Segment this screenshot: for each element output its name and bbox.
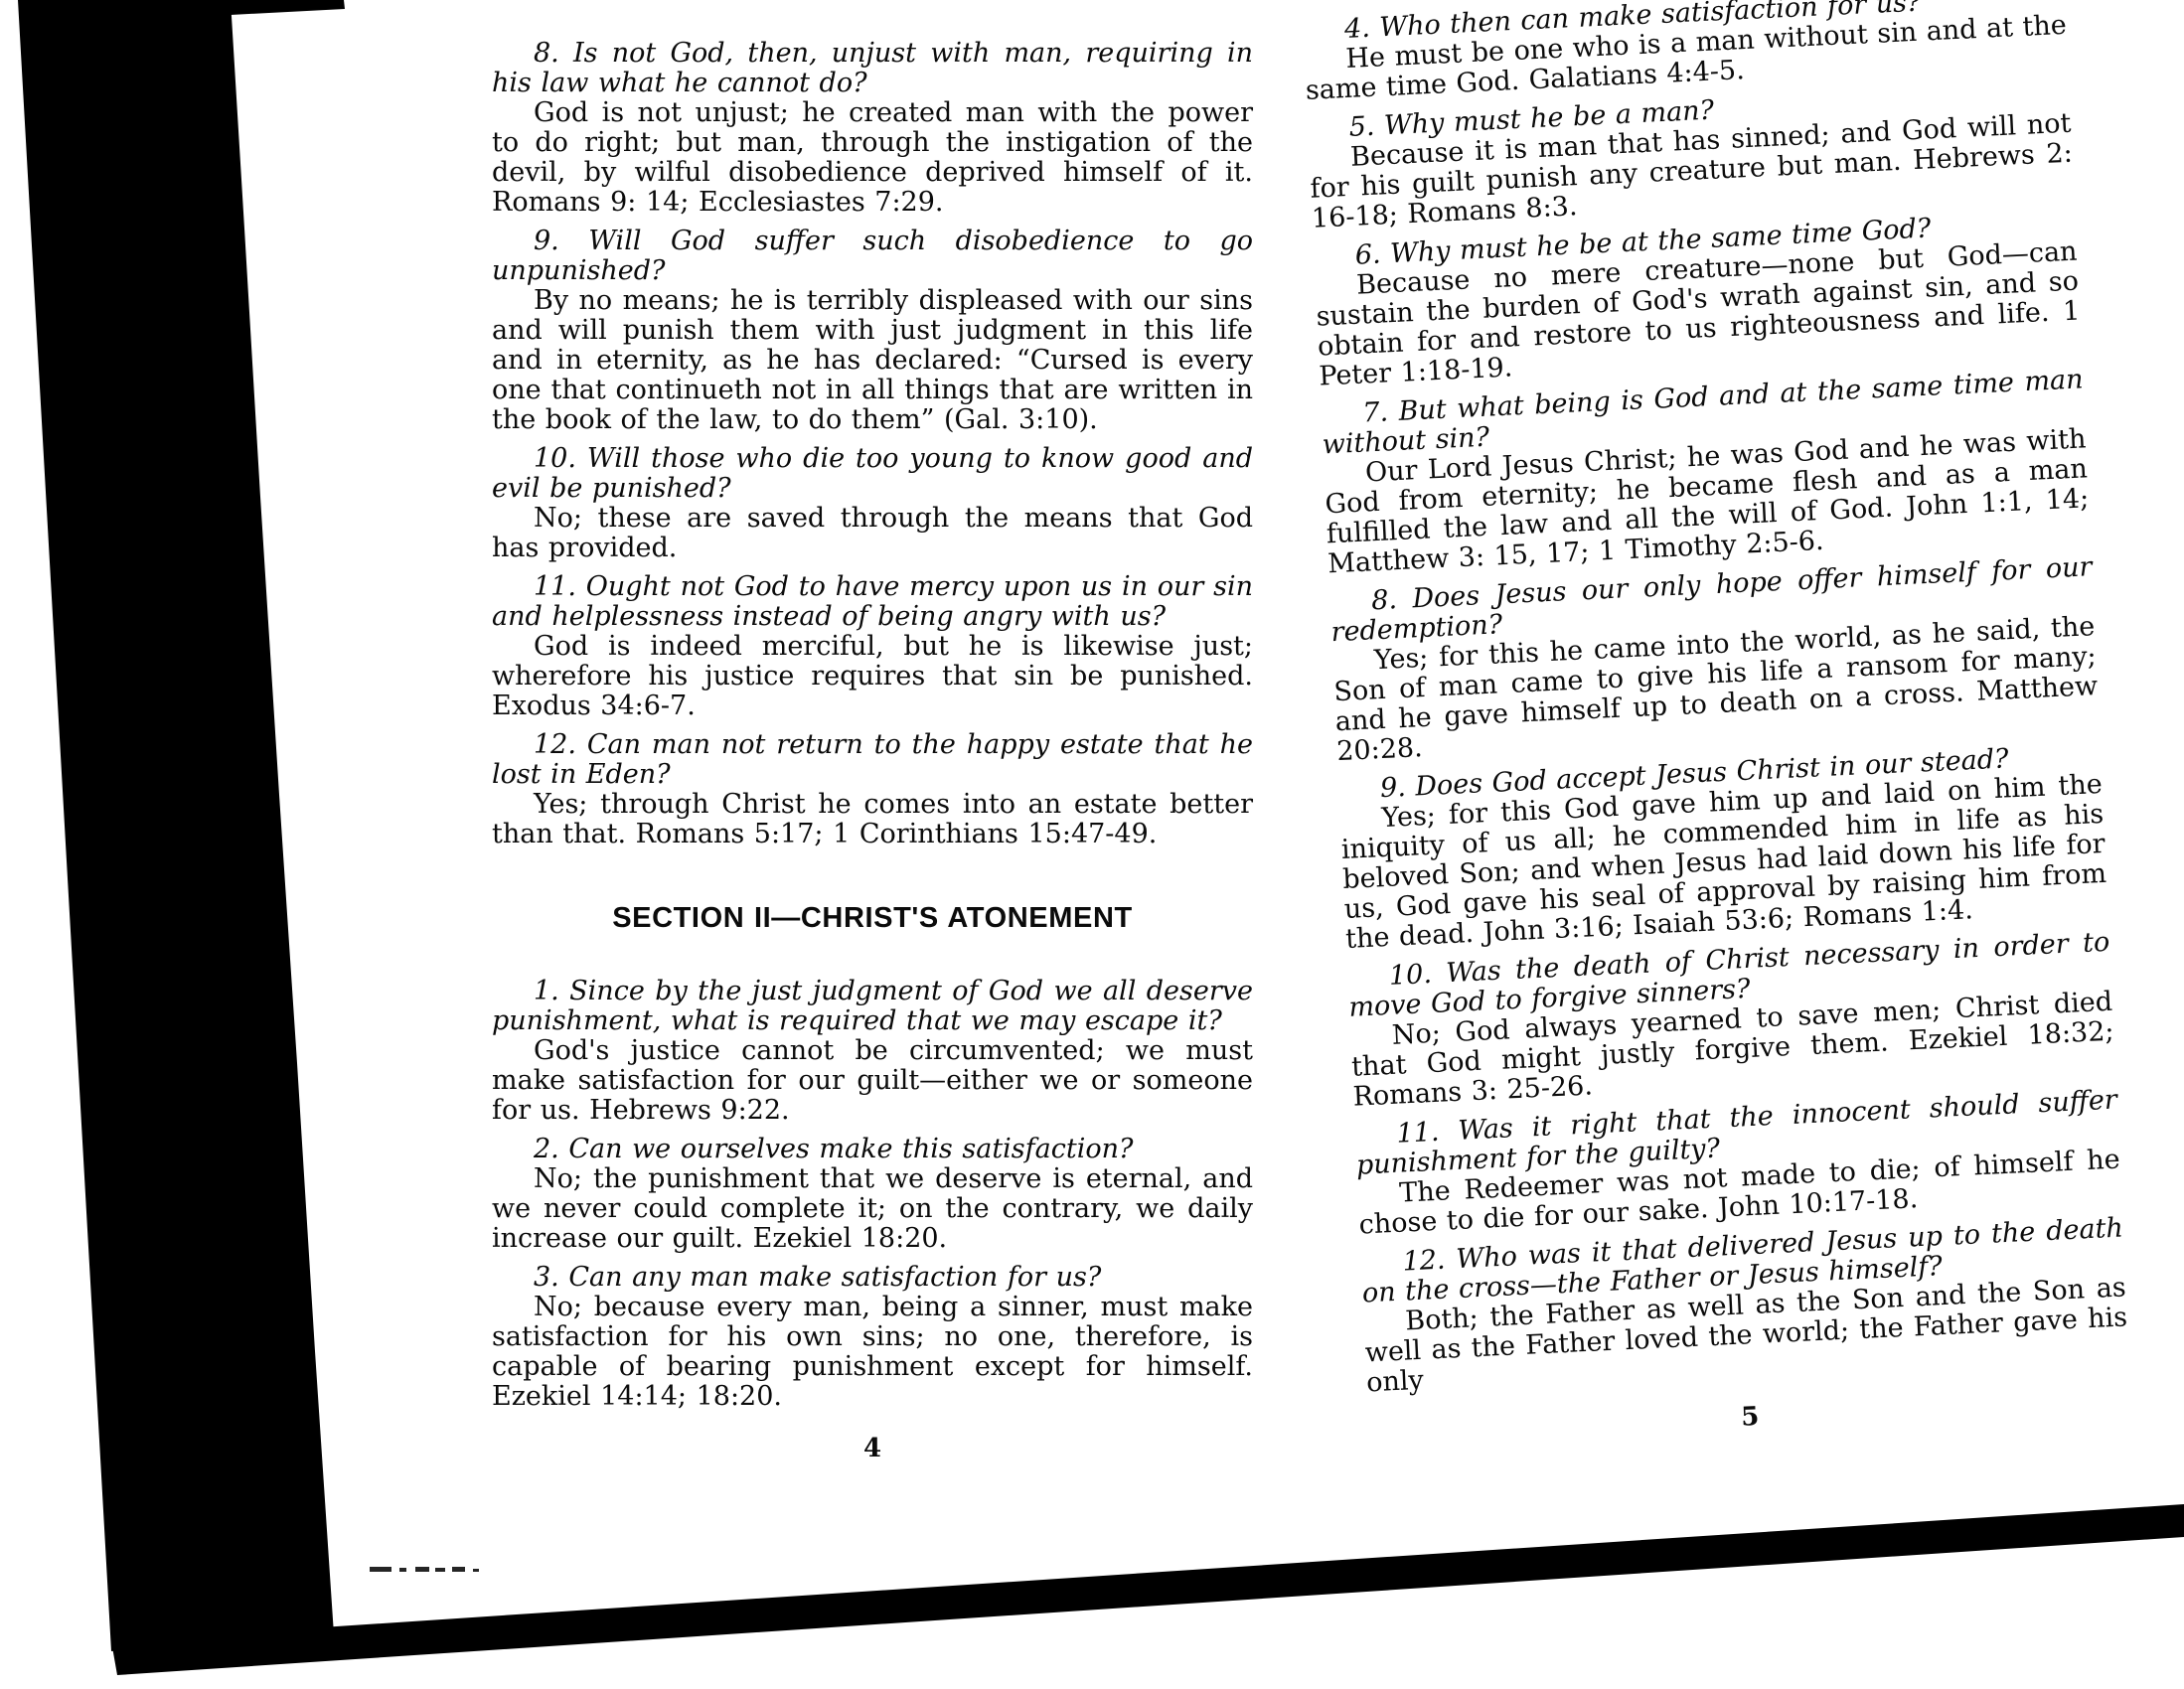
page-right-column: 4. Who then can make satisfaction for us… xyxy=(1302,0,2129,1398)
page-number-left: 4 xyxy=(492,1434,1253,1463)
scanned-book-spread: { "page_left": { "number": "4", "blocks"… xyxy=(0,0,2184,1689)
question-paragraph: 3. Can any man make satisfaction for us? xyxy=(492,1263,1253,1293)
question-paragraph: 8. Is not God, then, unjust with man, re… xyxy=(492,39,1253,98)
section-heading: SECTION II—CHRIST'S ATONEMENT xyxy=(492,903,1253,933)
answer-paragraph: God's justice cannot be circumvented; we… xyxy=(492,1036,1253,1126)
page-left: 8. Is not God, then, unjust with man, re… xyxy=(492,30,1253,1463)
question-paragraph: 1. Since by the just judgment of God we … xyxy=(492,977,1253,1036)
page-left-column: 8. Is not God, then, unjust with man, re… xyxy=(492,39,1253,1412)
question-paragraph: 12. Can man not return to the happy esta… xyxy=(492,730,1253,790)
scan-edge-bottom-band xyxy=(111,1504,2184,1675)
page-number-right: 5 xyxy=(1368,1384,2132,1450)
question-paragraph: 11. Ought not God to have mercy upon us … xyxy=(492,572,1253,632)
answer-paragraph: No; because every man, being a sinner, m… xyxy=(492,1293,1253,1412)
answer-paragraph: No; the punishment that we deserve is et… xyxy=(492,1164,1253,1254)
page-right: 4. Who then can make satisfaction for us… xyxy=(1302,0,2132,1450)
answer-paragraph: No; these are saved through the means th… xyxy=(492,504,1253,563)
question-paragraph: 10. Will those who die too young to know… xyxy=(492,444,1253,504)
answer-paragraph: God is not unjust; he created man with t… xyxy=(492,98,1253,218)
scan-edge-left-band xyxy=(18,0,334,1651)
scan-edge-top-strip xyxy=(229,0,345,15)
answer-paragraph: God is indeed merciful, but he is likewi… xyxy=(492,632,1253,721)
question-paragraph: 9. Will God suffer such disobedience to … xyxy=(492,227,1253,286)
question-paragraph: 2. Can we ourselves make this satisfacti… xyxy=(492,1135,1253,1164)
scan-noise-specks xyxy=(370,1567,479,1572)
answer-paragraph: Yes; through Christ he comes into an est… xyxy=(492,790,1253,849)
answer-paragraph: By no means; he is terribly displeased w… xyxy=(492,286,1253,435)
